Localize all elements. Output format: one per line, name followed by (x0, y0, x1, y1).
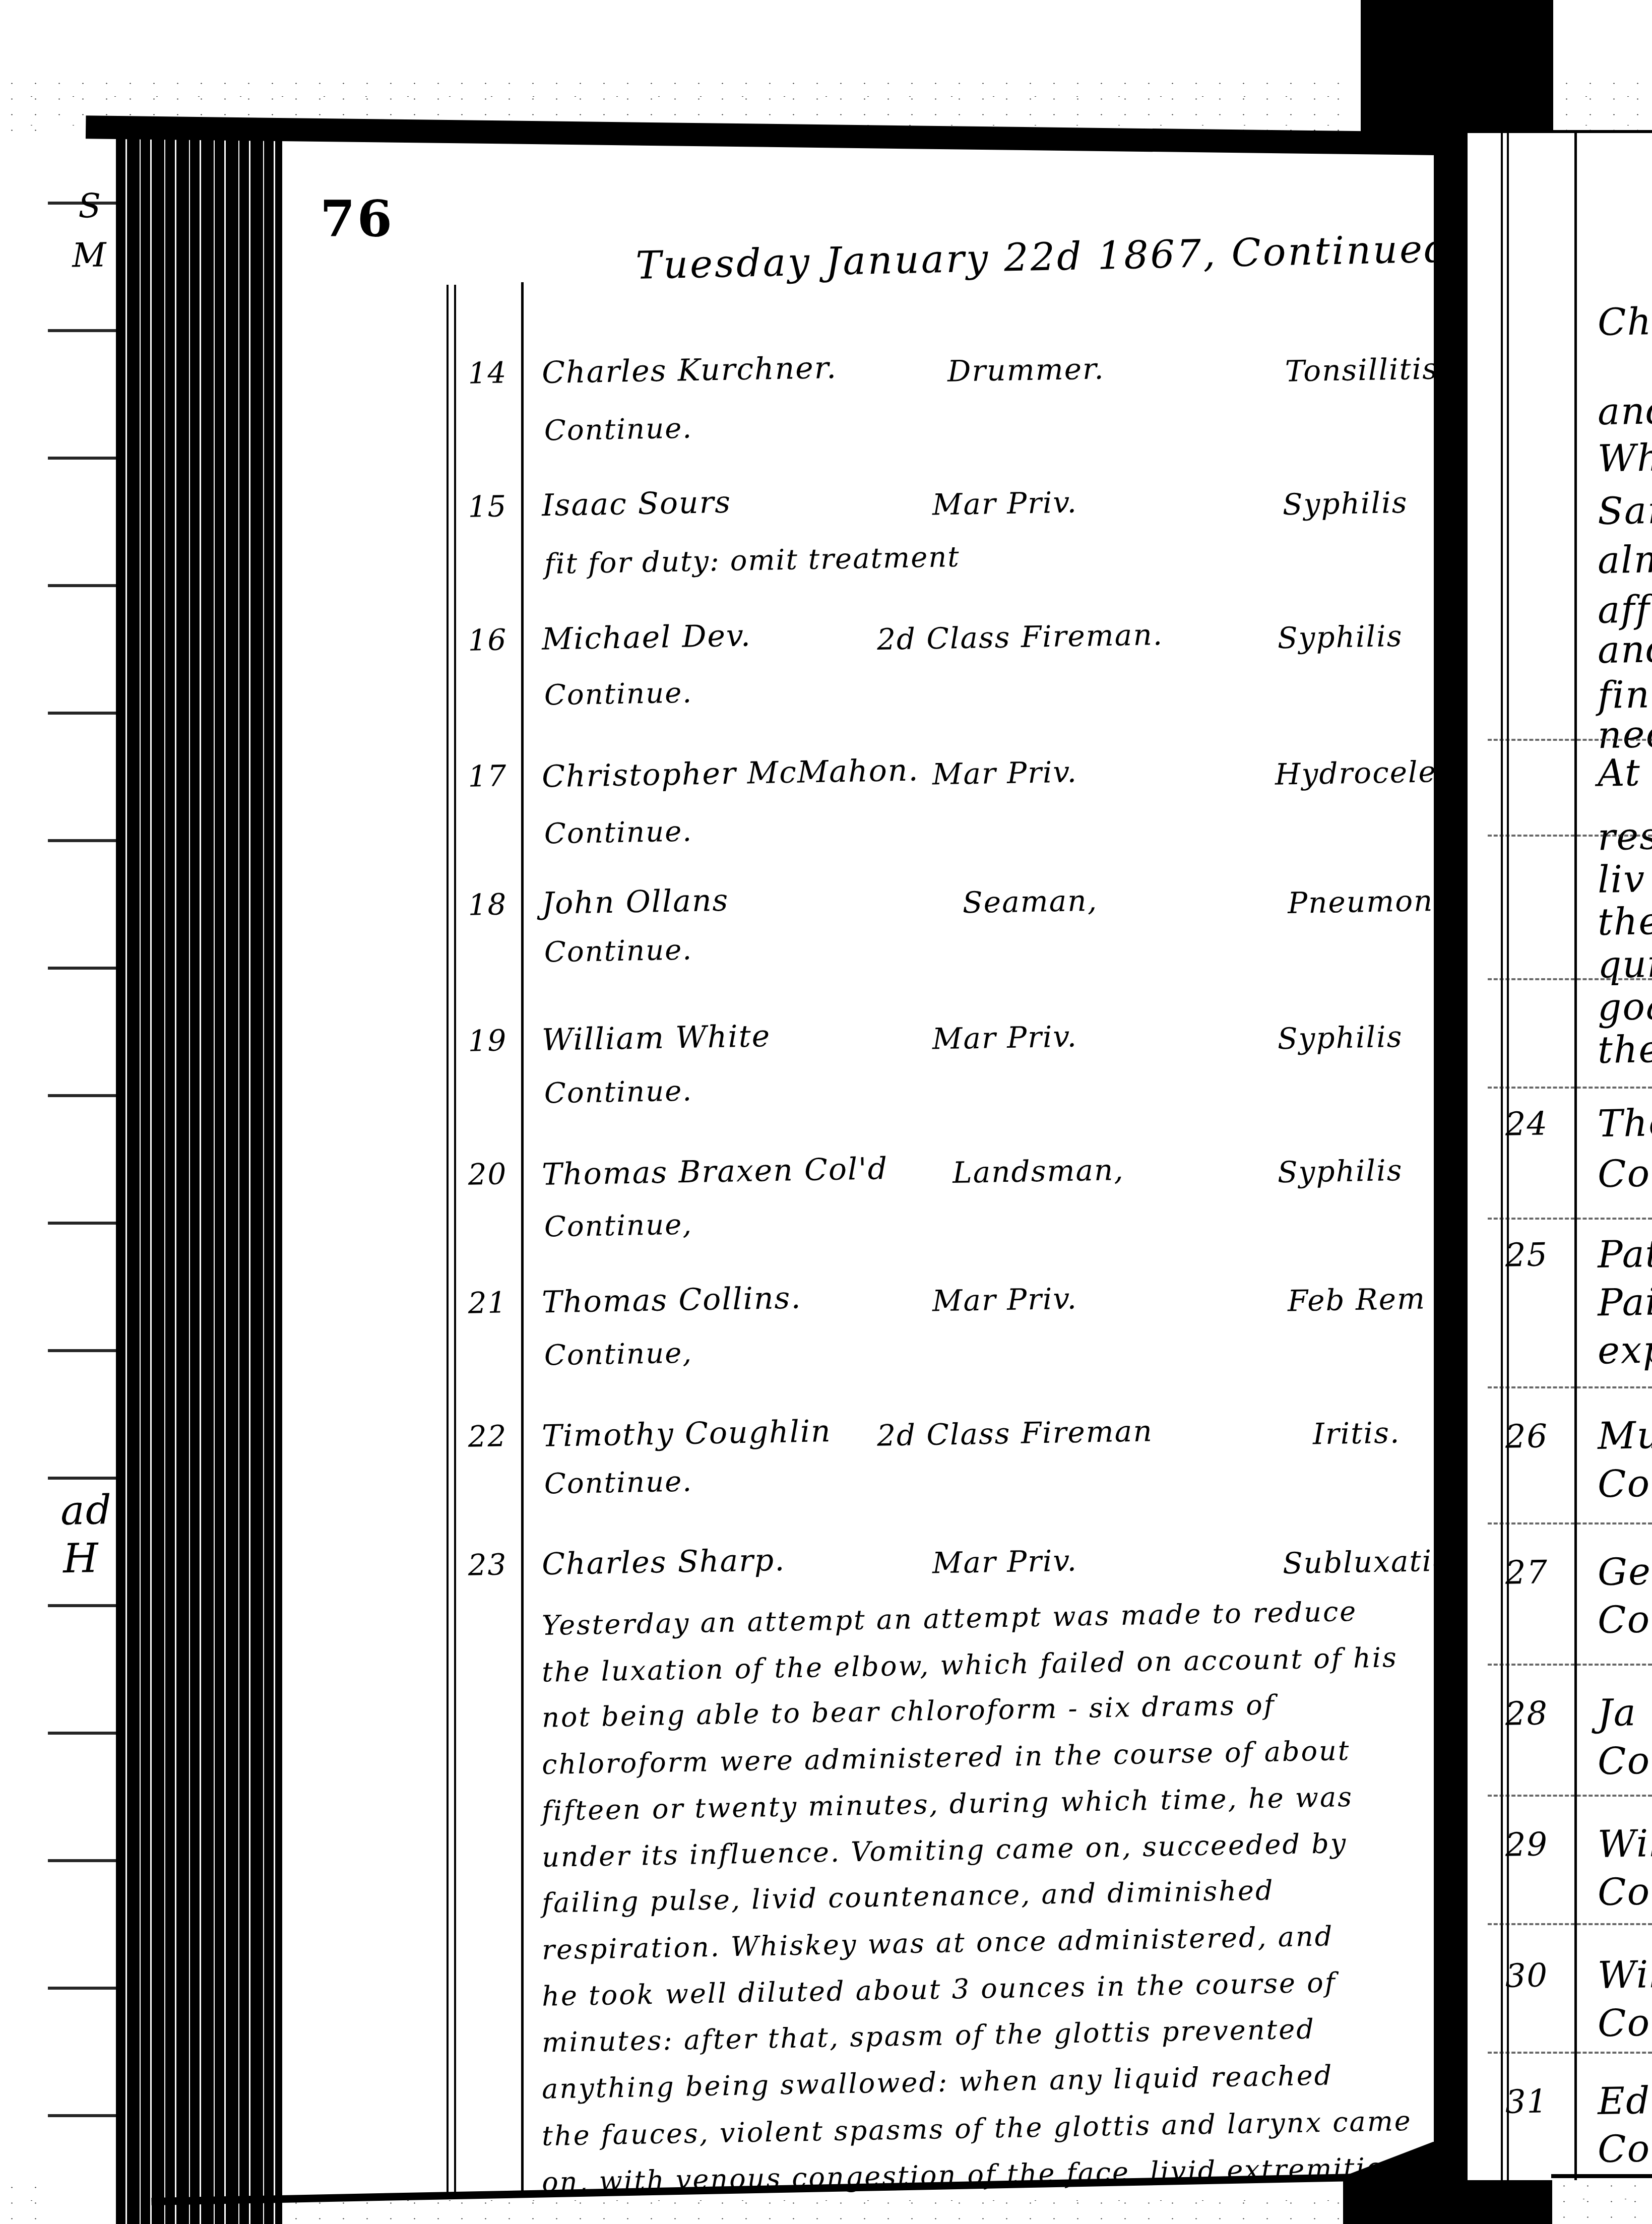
text-fragment: Ch (1597, 300, 1652, 344)
diagnosis: Hydrocele (1275, 754, 1434, 792)
index-ruled-line (48, 1477, 116, 1480)
page-number: 76 (320, 189, 394, 248)
ruled-guide-line (1488, 1795, 1652, 1797)
patient-name: Thomas Collins. (541, 1281, 802, 1320)
entry-note: Continue. (544, 412, 692, 447)
case-record-line: failing pulse, livid countenance, and di… (542, 1874, 1275, 1919)
index-ruled-line (48, 457, 116, 460)
margin-letter: S (78, 186, 102, 226)
index-ruled-line (48, 1094, 116, 1097)
case-record-line: the luxation of the elbow, which failed … (542, 1641, 1399, 1688)
scanned-logbook-page: S M ad H 7 76 Tuesday January 22d 1867, … (0, 0, 1652, 2224)
text-fragment: Con (1597, 2127, 1652, 2172)
patient-rank: 2d Class Fireman. (876, 617, 1163, 657)
column-rule (454, 285, 456, 2197)
index-ruled-line (48, 1987, 116, 1990)
column-rule (1501, 133, 1503, 2180)
case-record-line: Yesterday an attempt an attempt was made… (542, 1596, 1358, 1641)
patient-name: Isaac Sours (541, 485, 731, 524)
text-fragment: Pat (1597, 1232, 1652, 1277)
text-fragment: Cont (1597, 1461, 1652, 1506)
right-page: ChandWheSamealmaffandfininecAtresulivthe… (1468, 130, 1652, 2180)
case-record-line: he took well diluted about 3 ounces in t… (542, 1966, 1337, 2012)
column-rule (1574, 133, 1577, 2180)
text-fragment: Wil (1597, 1822, 1652, 1866)
text-fragment: Con (1597, 1598, 1652, 1642)
text-fragment: the (1597, 1028, 1652, 1072)
date-header: Tuesday January 22d 1867, Continued (629, 226, 1434, 288)
text-fragment: Geo (1597, 1550, 1652, 1595)
ruled-guide-line (1488, 1218, 1652, 1220)
patient-name: Michael Dev. (541, 618, 751, 657)
ruled-guide-line (1488, 1386, 1652, 1388)
text-fragment: Cont (1597, 2000, 1652, 2045)
text-fragment: aff (1597, 588, 1650, 632)
entry-note: Continue. (544, 815, 692, 850)
entry-number: 17 (458, 758, 517, 794)
entry-number: 14 (458, 355, 517, 391)
text-fragment: Pain (1597, 1280, 1652, 1325)
entry-number: 30 (1497, 1957, 1556, 1995)
patient-rank: Mar Priv. (932, 485, 1077, 522)
book-edge-index-strip: S M ad H 7 (48, 126, 116, 2224)
entry-note: Continue. (544, 1074, 692, 1110)
text-fragment: and (1597, 389, 1652, 434)
entry-number: 16 (458, 622, 517, 658)
patient-rank: Mar Priv. (932, 754, 1077, 791)
entry-number: 27 (1497, 1554, 1556, 1592)
diagnosis: Iritis. (1312, 1415, 1400, 1451)
entry-note: fit for duty: omit treatment (544, 541, 960, 581)
diagnosis: Syphilis (1277, 619, 1403, 655)
ruled-guide-line (1488, 1664, 1652, 1666)
column-rule (447, 285, 449, 2197)
margin-note-h7: H 7 (62, 1534, 116, 1582)
ruled-guide-line (1488, 2052, 1652, 2054)
diagnosis: Syphilis (1282, 485, 1408, 522)
entry-number: 26 (1497, 1418, 1556, 1456)
text-fragment: Ja (1597, 1691, 1637, 1735)
index-ruled-line (48, 1604, 116, 1607)
margin-letter: M (72, 235, 107, 275)
entry-number: 21 (458, 1285, 517, 1320)
text-fragment: Wil (1597, 1953, 1652, 1997)
text-fragment: fini (1597, 673, 1652, 717)
text-fragment: expe (1597, 1327, 1652, 1372)
text-fragment: nec (1597, 713, 1652, 757)
ruled-guide-line (1488, 1923, 1652, 1925)
diagnosis: Pneumonia (1287, 883, 1434, 920)
entry-number: 24 (1497, 1105, 1556, 1143)
entry-number: 28 (1497, 1695, 1556, 1733)
index-ruled-line (48, 839, 116, 842)
text-fragment: resu (1597, 814, 1652, 859)
text-fragment: alm (1597, 538, 1652, 582)
scan-noise-bottom-right (1552, 2178, 1652, 2224)
case-record-line: respiration. Whiskey was at once adminis… (542, 1920, 1334, 1965)
diagnosis: Tonsillitis (1285, 351, 1434, 388)
ruled-guide-line (1488, 1087, 1652, 1089)
index-ruled-line (48, 967, 116, 970)
entry-number: 15 (458, 489, 517, 524)
scan-noise-top-right (1555, 76, 1652, 132)
entry-note: Continue. (544, 933, 692, 969)
case-record-line: the fauces, violent spasms of the glotti… (542, 2105, 1413, 2152)
entry-note: Continue, (544, 1337, 692, 1372)
gutter-shadow (1434, 129, 1468, 2224)
patient-name: John Ollans (541, 883, 729, 921)
diagnosis: Syphilis (1277, 1153, 1403, 1189)
text-fragment: liv (1597, 857, 1646, 902)
text-fragment: the (1597, 900, 1652, 944)
patient-rank: Drummer. (947, 351, 1105, 388)
index-ruled-line (48, 712, 116, 715)
diagnosis: Syphilis (1277, 1020, 1403, 1056)
left-page: 76 Tuesday January 22d 1867, Continued 1… (282, 149, 1434, 2197)
patient-rank: Landsman, (952, 1153, 1124, 1190)
index-ruled-line (48, 2114, 116, 2117)
text-fragment: Mu (1597, 1414, 1652, 1458)
margin-note-ad: ad (60, 1486, 113, 1534)
patient-rank: Mar Priv. (932, 1543, 1077, 1580)
text-fragment: and (1597, 627, 1652, 672)
index-ruled-line (48, 1732, 116, 1735)
text-fragment: At (1597, 751, 1641, 795)
entry-number: 31 (1497, 2083, 1556, 2121)
ruled-guide-line (1488, 835, 1652, 837)
text-fragment: Same (1597, 488, 1652, 533)
text-fragment: Tho (1597, 1101, 1652, 1146)
index-ruled-line (48, 329, 116, 332)
case-record-line: fifteen or twenty minutes, during which … (542, 1781, 1354, 1827)
text-fragment: Con (1597, 1152, 1652, 1196)
diagnosis: Subluxation (1282, 1543, 1434, 1581)
patient-rank: Mar Priv. (932, 1281, 1077, 1318)
entry-number: 18 (458, 887, 517, 922)
ruled-guide-line (1488, 978, 1652, 980)
ruled-guide-line (1488, 1522, 1652, 1524)
case-record-line: anything being swallowed: when any liqui… (542, 2059, 1333, 2105)
index-ruled-line (48, 1222, 116, 1225)
index-ruled-line (48, 584, 116, 587)
patient-name: Thomas Braxen Col'd (541, 1151, 888, 1192)
entry-number: 20 (458, 1157, 517, 1192)
entry-number: 23 (458, 1547, 517, 1582)
patient-name: Charles Kurchner. (541, 350, 837, 391)
entry-number: 29 (1497, 1826, 1556, 1864)
ruled-guide-line (1488, 739, 1652, 741)
index-ruled-line (48, 1349, 116, 1352)
entry-number: 22 (458, 1419, 517, 1454)
diagnosis: Feb Rem (1287, 1282, 1426, 1318)
index-ruled-line (48, 202, 116, 205)
entry-note: Continue. (544, 1465, 692, 1500)
patient-rank: Seaman, (962, 883, 1098, 920)
text-fragment: Ed (1597, 2079, 1651, 2123)
entry-note: Continue. (544, 676, 692, 712)
column-rule (1507, 133, 1509, 2180)
column-rule (521, 282, 524, 2197)
text-fragment: Con (1597, 1870, 1652, 1915)
entry-number: 19 (458, 1023, 517, 1058)
right-page-bottom-edge (1551, 2174, 1652, 2178)
case-record-line: chloroform were administered in the cour… (542, 1735, 1351, 1781)
text-fragment: Cont (1597, 1738, 1652, 1783)
patient-rank: 2d Class Fireman (876, 1414, 1153, 1453)
case-record-line: not being able to bear chloroform - six … (542, 1689, 1276, 1733)
text-fragment: goa (1597, 985, 1652, 1029)
text-fragment: Whe (1597, 435, 1652, 480)
case-record-line: minutes: after that, spasm of the glotti… (542, 2013, 1316, 2059)
book-page-edges (116, 126, 282, 2224)
patient-name: Charles Sharp. (541, 1543, 785, 1582)
patient-name: William White (541, 1019, 771, 1058)
index-ruled-line (48, 1859, 116, 1862)
patient-name: Christopher McMahon. (541, 752, 919, 794)
entry-number: 25 (1497, 1236, 1556, 1275)
case-record-line: under its influence. Vomiting came on, s… (542, 1827, 1348, 1873)
patient-rank: Mar Priv. (932, 1019, 1077, 1056)
patient-name: Timothy Coughlin (541, 1414, 832, 1454)
entry-note: Continue, (544, 1208, 692, 1243)
